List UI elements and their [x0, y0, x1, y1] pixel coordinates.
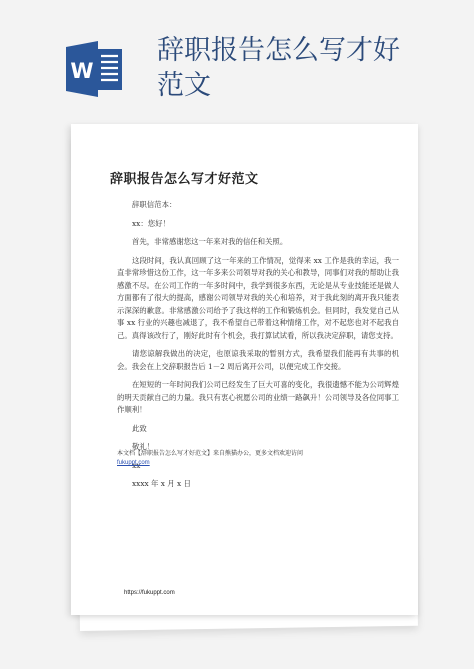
source-link[interactable]: fukuppt.com — [117, 460, 150, 466]
paragraph-4: 在短短的一年时间我们公司已经发生了巨大可喜的变化，我很遗憾不能为公司辉煌的明天贡… — [117, 379, 399, 417]
paragraph-1: 首先，非常感谢您这一年来对我的信任和关照。 — [117, 236, 399, 249]
document-title: 辞职报告怎么写才好范文 — [110, 168, 259, 187]
header: W 辞职报告怎么写才好范文 — [0, 0, 474, 124]
word-icon: W — [64, 40, 126, 98]
word-icon-letter: W — [70, 59, 93, 83]
document-subtitle: 辞职信范本： — [117, 199, 399, 212]
date: xxxx 年 x 月 x 日 — [117, 478, 399, 491]
greeting: xx：您好！ — [117, 218, 399, 231]
paragraph-2: 这段时间，我认真回顾了这一年来的工作情况，觉得来 xx 工作是我的幸运，我一直非… — [117, 255, 399, 343]
footer-url: https://fukuppt.com — [124, 590, 175, 596]
source-note-text: 本文档【辞职报告怎么写才好范文】来自熊猫办公，更多文档欢迎访问 — [117, 449, 397, 458]
closing-1: 此致 — [117, 423, 399, 436]
source-note: 本文档【辞职报告怎么写才好范文】来自熊猫办公，更多文档欢迎访问 fukuppt.… — [117, 449, 397, 468]
document-page: 辞职报告怎么写才好范文 辞职信范本： xx：您好！ 首先，非常感谢您这一年来对我… — [71, 124, 418, 615]
paragraph-3: 请您谅解我做出的决定，也原谅我采取的暂别方式，我希望我们能再有共事的机会。我会在… — [117, 348, 399, 373]
header-title: 辞职报告怎么写才好范文 — [157, 33, 417, 103]
